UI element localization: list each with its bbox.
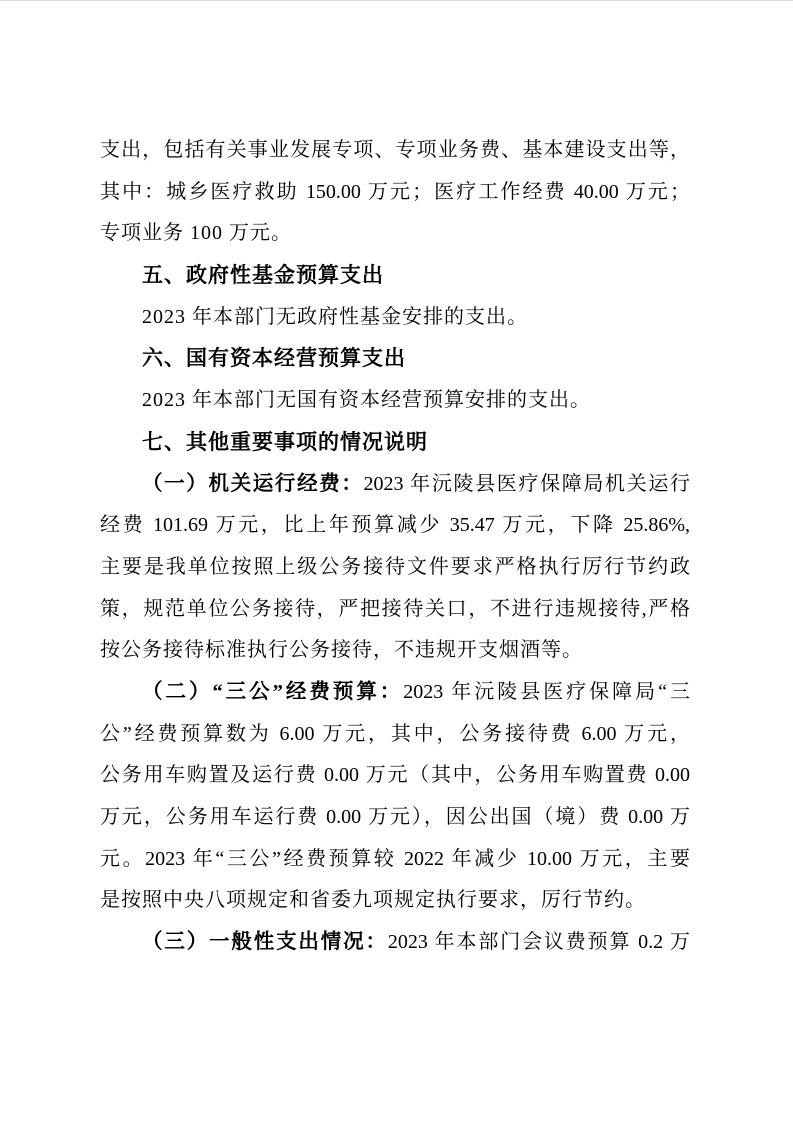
text-line: （三）一般性支出情况：2023 年本部门会议费预算 0.2 万 — [100, 922, 690, 964]
text-line: 专项业务 100 万元。 — [100, 213, 690, 255]
bold-lead: （一）机关运行经费： — [142, 473, 364, 495]
text-line: 其中：城乡医疗救助 150.00 万元；医疗工作经费 40.00 万元； — [100, 172, 690, 214]
text-line: 2023 年本部门无国有资本经营预算安排的支出。 — [100, 380, 690, 422]
text-line: 支出，包括有关事业发展专项、专项业务费、基本建设支出等， — [100, 130, 690, 172]
text-line: 按公务接待标准执行公务接待，不违规开支烟酒等。 — [100, 630, 690, 672]
line-text: 2023 年本部门会议费预算 0.2 万 — [388, 931, 690, 953]
text-line: （一）机关运行经费：2023 年沅陵县医疗保障局机关运行 — [100, 464, 690, 506]
text-line: 万元，公务用车运行费 0.00 万元），因公出国（境）费 0.00 万 — [100, 797, 690, 839]
document-body: 支出，包括有关事业发展专项、专项业务费、基本建设支出等， 其中：城乡医疗救助 1… — [100, 130, 690, 964]
text-line: 经费 101.69 万元，比上年预算减少 35.47 万元，下降 25.86%, — [100, 505, 690, 547]
line-text: 2023 年沅陵县医疗保障局“三 — [403, 681, 690, 703]
section-heading-7: 七、其他重要事项的情况说明 — [100, 422, 690, 464]
page-top-border — [0, 0, 793, 1]
text-line: 是按照中央八项规定和省委九项规定执行要求，厉行节约。 — [100, 880, 690, 922]
text-line: 元。2023 年“三公”经费预算较 2022 年减少 10.00 万元，主要 — [100, 839, 690, 881]
document-page: 支出，包括有关事业发展专项、专项业务费、基本建设支出等， 其中：城乡医疗救助 1… — [0, 0, 793, 1122]
text-line: （二）“三公”经费预算：2023 年沅陵县医疗保障局“三 — [100, 672, 690, 714]
text-line: 策，规范单位公务接待，严把接待关口，不进行违规接待,严格 — [100, 589, 690, 631]
text-line: 公”经费预算数为 6.00 万元，其中，公务接待费 6.00 万元， — [100, 714, 690, 756]
text-line: 2023 年本部门无政府性基金安排的支出。 — [100, 297, 690, 339]
section-heading-5: 五、政府性基金预算支出 — [100, 255, 690, 297]
bold-lead: （二）“三公”经费预算： — [142, 681, 403, 703]
line-text: 2023 年沅陵县医疗保障局机关运行 — [364, 473, 690, 495]
text-line: 公务用车购置及运行费 0.00 万元（其中，公务用车购置费 0.00 — [100, 755, 690, 797]
text-line: 主要是我单位按照上级公务接待文件要求严格执行厉行节约政 — [100, 547, 690, 589]
section-heading-6: 六、国有资本经营预算支出 — [100, 338, 690, 380]
bold-lead: （三）一般性支出情况： — [142, 931, 388, 953]
